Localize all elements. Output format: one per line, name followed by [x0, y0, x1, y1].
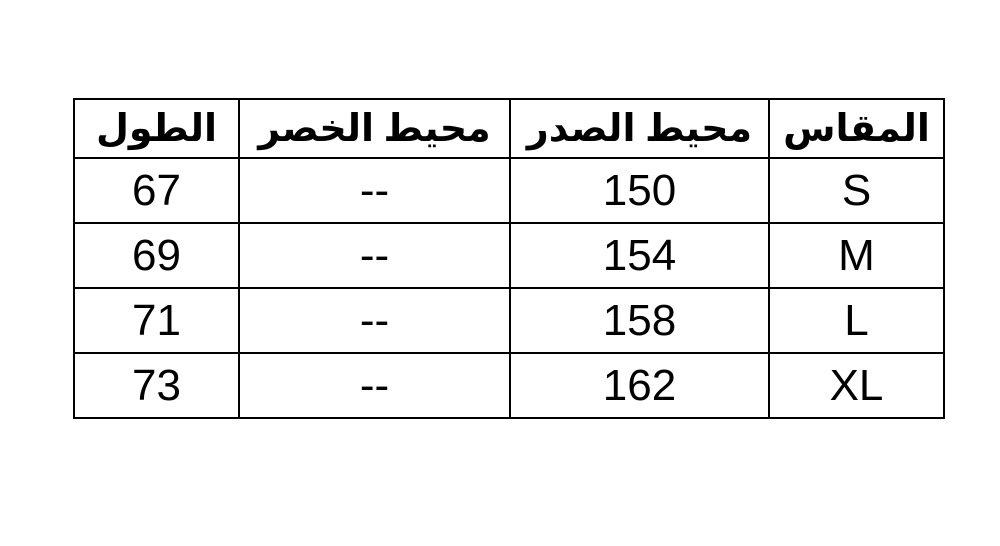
page: المقاس محيط الصدر محيط الخصر الطول S 150…	[0, 0, 1000, 546]
cell-xl-chest: 162	[510, 353, 769, 418]
header-cell-waist: محيط الخصر	[239, 99, 510, 158]
table-row-l: L 158 -- 71	[74, 288, 944, 353]
cell-l-chest: 158	[510, 288, 769, 353]
header-cell-size: المقاس	[769, 99, 944, 158]
cell-xl-length: 73	[74, 353, 239, 418]
header-cell-chest: محيط الصدر	[510, 99, 769, 158]
table-row-xl: XL 162 -- 73	[74, 353, 944, 418]
header-cell-length: الطول	[74, 99, 239, 158]
cell-s-chest: 150	[510, 158, 769, 223]
cell-s-waist: --	[239, 158, 510, 223]
table-row-s: S 150 -- 67	[74, 158, 944, 223]
cell-l-size: L	[769, 288, 944, 353]
header-row: المقاس محيط الصدر محيط الخصر الطول	[74, 99, 944, 158]
cell-l-length: 71	[74, 288, 239, 353]
cell-m-chest: 154	[510, 223, 769, 288]
cell-m-size: M	[769, 223, 944, 288]
cell-l-waist: --	[239, 288, 510, 353]
table-row-m: M 154 -- 69	[74, 223, 944, 288]
cell-s-length: 67	[74, 158, 239, 223]
cell-xl-waist: --	[239, 353, 510, 418]
cell-s-size: S	[769, 158, 944, 223]
cell-m-waist: --	[239, 223, 510, 288]
cell-m-length: 69	[74, 223, 239, 288]
cell-xl-size: XL	[769, 353, 944, 418]
size-chart-table: المقاس محيط الصدر محيط الخصر الطول S 150…	[73, 98, 945, 419]
